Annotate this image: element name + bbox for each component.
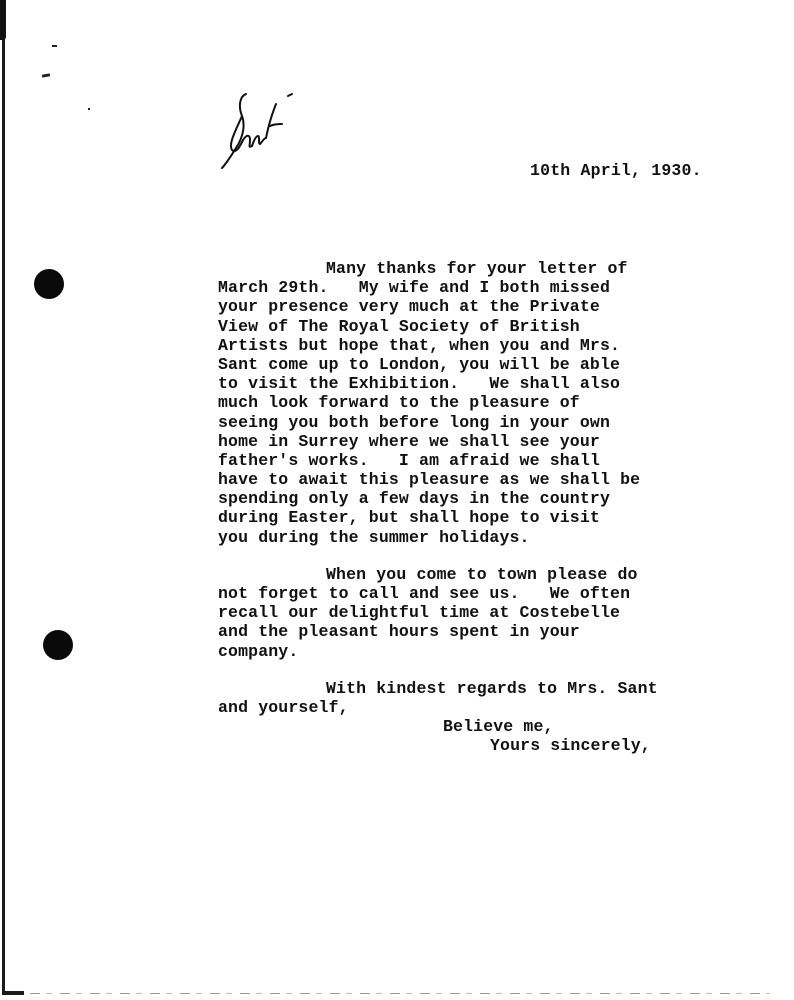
text-line: When you come to town please do [218, 565, 658, 584]
text-line: company. [218, 642, 658, 661]
punch-hole [34, 269, 64, 299]
text-line: recall our delightful time at Costebelle [218, 603, 658, 622]
closing-line: Yours sincerely, [218, 736, 658, 755]
text-line: March 29th. My wife and I both missed [218, 278, 658, 297]
closing: Believe me, Yours sincerely, [218, 717, 658, 755]
paragraph-2: When you come to town please do not forg… [218, 565, 658, 661]
text-line: your presence very much at the Private [218, 297, 658, 316]
text-line: much look forward to the pleasure of [218, 393, 658, 412]
scan-speck [88, 108, 90, 110]
closing-line: Believe me, [218, 717, 658, 736]
letter-page: 10th April, 1930. Many thanks for your l… [0, 0, 794, 1000]
text-line: home in Surrey where we shall see your [218, 432, 658, 451]
page-corner-shadow [0, 0, 6, 40]
text-line: father's works. I am afraid we shall [218, 451, 658, 470]
text-line: spending only a few days in the country [218, 489, 658, 508]
page-bottom-edge [30, 993, 770, 994]
text-line: and yourself, [218, 698, 658, 717]
letter-body: Many thanks for your letter of March 29t… [218, 259, 658, 756]
letter-date: 10th April, 1930. [530, 161, 702, 180]
text-line: Many thanks for your letter of [218, 259, 658, 278]
scan-speck [42, 73, 50, 77]
text-line: during Easter, but shall hope to visit [218, 508, 658, 527]
text-line: View of The Royal Society of British [218, 317, 658, 336]
paragraph-1: Many thanks for your letter of March 29t… [218, 259, 658, 547]
text-line: seeing you both before long in your own [218, 413, 658, 432]
paragraph-gap [218, 661, 658, 679]
text-line: Sant come up to London, you will be able [218, 355, 658, 374]
text-line: not forget to call and see us. We often [218, 584, 658, 603]
text-line: to visit the Exhibition. We shall also [218, 374, 658, 393]
page-bottom-corner [2, 991, 24, 995]
text-line: you during the summer holidays. [218, 528, 658, 547]
text-line: Artists but hope that, when you and Mrs. [218, 336, 658, 355]
text-line: have to await this pleasure as we shall … [218, 470, 658, 489]
punch-hole [43, 630, 73, 660]
text-line: With kindest regards to Mrs. Sant [218, 679, 658, 698]
paragraph-gap [218, 547, 658, 565]
page-left-edge [2, 0, 5, 992]
scan-speck [52, 45, 57, 47]
handwritten-sant-icon [218, 90, 308, 172]
text-line: and the pleasant hours spent in your [218, 622, 658, 641]
handwritten-annotation [218, 90, 308, 177]
paragraph-3: With kindest regards to Mrs. Sant and yo… [218, 679, 658, 717]
